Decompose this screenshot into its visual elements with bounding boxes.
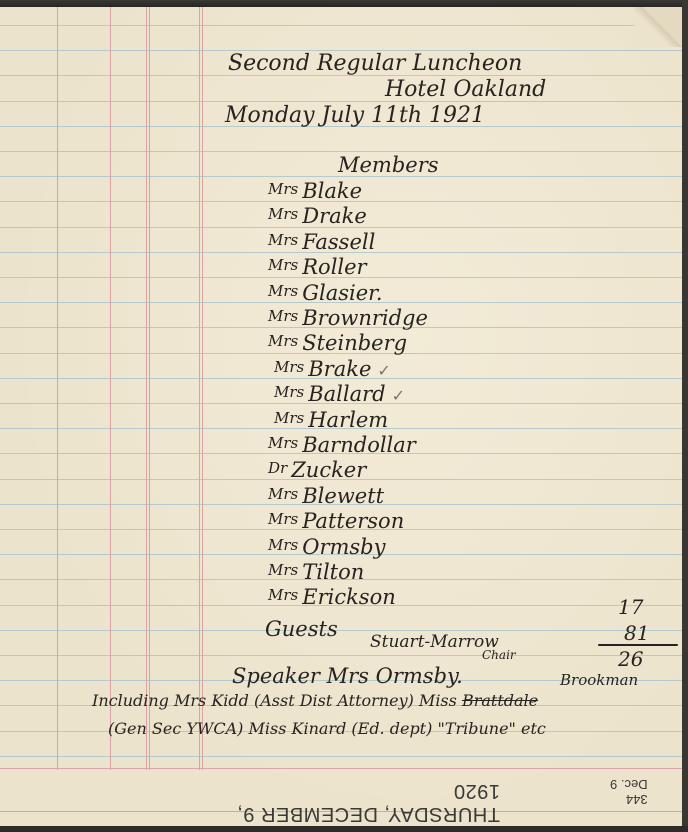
member-entry: MrsBlewett <box>268 484 384 508</box>
member-title: Mrs <box>268 231 298 249</box>
member-entry: MrsBlake <box>268 179 362 203</box>
member-name: Brake <box>308 357 371 381</box>
member-entry: MrsDrake <box>268 204 367 228</box>
margin-rule <box>146 7 147 770</box>
note-line-2: (Gen Sec YWCA) Miss Kinard (Ed. dept) "T… <box>108 719 546 738</box>
printed-date-footer: THURSDAY, DECEMBER 9, 1920 <box>200 779 500 825</box>
member-name: Roller <box>302 255 366 279</box>
member-title: Dr <box>268 459 287 477</box>
ruled-line <box>0 630 682 631</box>
note-struck-name: Brattdale <box>462 691 538 710</box>
member-title: Mrs <box>268 205 298 223</box>
margin-rule <box>57 7 58 770</box>
member-name: Brownridge <box>302 306 428 330</box>
member-entry: MrsErickson <box>268 585 396 609</box>
note-insert: Brookman <box>560 671 638 689</box>
margin-rule <box>199 7 200 770</box>
ruled-line <box>0 101 682 102</box>
chair-name: Stuart-Marrow <box>370 632 499 652</box>
members-label: Members <box>338 153 439 177</box>
member-title: Mrs <box>268 561 298 579</box>
ledger-page: Second Regular Luncheon Hotel Oakland Mo… <box>0 7 682 829</box>
margin-rule <box>110 7 111 770</box>
member-name: Blewett <box>302 484 384 508</box>
tally-members: 17 <box>618 595 643 619</box>
member-entry: MrsOrmsby <box>268 535 386 559</box>
margin-rule <box>149 7 150 770</box>
member-entry: MrsBrownridge <box>268 306 428 330</box>
ruled-line <box>0 25 682 26</box>
ruled-line <box>0 151 682 152</box>
member-name: Patterson <box>302 509 404 533</box>
member-entry: MrsPatterson <box>268 509 404 533</box>
note-line-1-text: Including Mrs Kidd (Asst Dist Attorney) … <box>92 691 457 710</box>
member-title: Mrs <box>274 358 304 376</box>
speaker-line: Speaker Mrs Ormsby. <box>232 664 463 688</box>
book-edge-right <box>682 0 688 832</box>
member-name: Steinberg <box>302 331 407 355</box>
member-entry: MrsRoller <box>268 255 367 279</box>
member-name: Ballard <box>308 382 385 406</box>
member-title: Mrs <box>268 434 298 452</box>
member-title: Mrs <box>274 409 304 427</box>
page-number: 344 <box>610 792 648 807</box>
member-entry: MrsBarndollar <box>268 433 416 457</box>
member-name: Fassell <box>302 230 375 254</box>
member-title: Mrs <box>268 485 298 503</box>
tally-guests: 81 <box>624 621 649 645</box>
member-title: Mrs <box>268 282 298 300</box>
footer-rule <box>0 768 682 769</box>
note-line-1: Including Mrs Kidd (Asst Dist Attorney) … <box>92 691 538 710</box>
member-entry: MrsGlasier. <box>268 281 383 305</box>
member-title: Mrs <box>268 510 298 528</box>
ruled-line <box>0 756 682 757</box>
check-mark-icon: ✓ <box>377 361 390 380</box>
member-name: Blake <box>302 179 362 203</box>
member-entry: MrsBrake✓ <box>274 357 391 381</box>
member-entry: DrZucker <box>268 458 366 482</box>
book-cover-bottom-edge <box>0 826 688 832</box>
member-name: Drake <box>302 204 367 228</box>
member-name: Ormsby <box>302 535 385 559</box>
member-entry: MrsHarlem <box>274 408 388 432</box>
member-title: Mrs <box>268 586 298 604</box>
chair-role: Chair <box>482 648 516 662</box>
member-name: Harlem <box>308 408 388 432</box>
tally-total: 26 <box>618 647 643 671</box>
member-title: Mrs <box>268 536 298 554</box>
folded-corner <box>634 7 682 47</box>
member-entry: MrsTilton <box>268 560 364 584</box>
guests-label: Guests <box>265 617 338 641</box>
page-date: Dec. 9 <box>610 777 648 792</box>
member-title: Mrs <box>268 332 298 350</box>
member-name: Barndollar <box>302 433 416 457</box>
ruled-line <box>0 655 682 656</box>
member-name: Zucker <box>291 458 366 482</box>
heading-line-2: Hotel Oakland <box>385 77 546 102</box>
printed-page-number: 344 Dec. 9 <box>610 777 648 807</box>
check-mark-icon: ✓ <box>392 386 405 405</box>
member-title: Mrs <box>268 256 298 274</box>
member-title: Mrs <box>268 307 298 325</box>
member-name: Erickson <box>302 585 396 609</box>
tally-underline <box>598 644 678 646</box>
member-entry: MrsFassell <box>268 230 375 254</box>
member-entry: MrsSteinberg <box>268 331 407 355</box>
member-title: Mrs <box>268 180 298 198</box>
heading-line-3: Monday July 11th 1921 <box>225 103 485 128</box>
heading-line-1: Second Regular Luncheon <box>228 51 522 76</box>
member-name: Glasier. <box>302 281 382 305</box>
member-entry: MrsBallard✓ <box>274 382 405 406</box>
member-name: Tilton <box>302 560 364 584</box>
margin-rule <box>202 7 203 770</box>
member-title: Mrs <box>274 383 304 401</box>
